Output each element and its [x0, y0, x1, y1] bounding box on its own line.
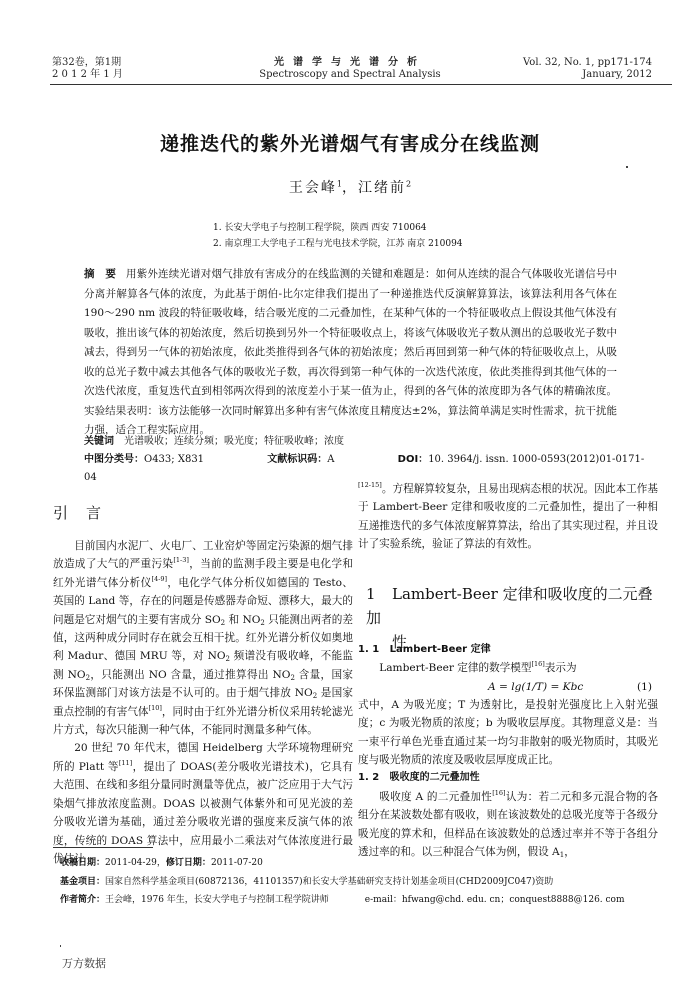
scan-speck — [626, 166, 628, 168]
citation[interactable]: [12-15] — [358, 481, 382, 489]
keywords-row: 关键词光谱吸收；连续分频；吸光度；特征吸收峰；浓度 — [84, 433, 700, 451]
citation[interactable]: [4-9] — [152, 575, 168, 583]
author-affiliation-mark: 2 — [406, 179, 411, 188]
doc-code-value: A — [327, 454, 334, 465]
citation[interactable]: [10] — [149, 704, 162, 712]
footnote-dates: 收稿日期：2011-04-29，修订日期：2011-07-20 — [60, 854, 625, 873]
intro-paragraph-2: 20 世纪 70 年代末，德国 Heidelberg 大学环境物理研究所的 Pl… — [53, 739, 353, 868]
abstract-label: 摘 要 — [84, 268, 116, 280]
additivity-paragraph: 吸收度 A 的二元叠加性[16]认为：若二元和多元混合物的各组分在某波数处都有吸… — [358, 788, 658, 862]
keywords-label: 关键词 — [84, 436, 114, 447]
footnote-author-bio: 作者简介：王会峰，1976 年生，长安大学电子与控制工程学院讲师e-mail：h… — [60, 891, 625, 910]
header-date-en: January, 2012 — [523, 69, 652, 81]
abstract-text: 用紫外连续光谱对烟气排放有害成分的在线监测的关键和难题是：如何从连续的混合气体吸… — [84, 268, 617, 436]
intro-paragraph-2-cont: [12-15]。方程解算较复杂，且易出现病态根的状况。因此本工作基于 Lambe… — [358, 480, 658, 554]
paper-title: 递推迭代的紫外光谱烟气有害成分在线监测 — [0, 129, 700, 156]
header-citation: Vol. 32, No. 1, pp171-174 January, 2012 — [523, 57, 652, 81]
abstract: 摘 要用紫外连续光谱对烟气排放有害成分的在线监测的关键和难题是：如何从连续的混合… — [84, 265, 617, 441]
header-divider — [50, 84, 672, 85]
section-number: 1 — [366, 582, 392, 606]
intro-paragraph-1: 目前国内水泥厂、火电厂、工业窑炉等固定污染源的烟气排放造成了大气的严重污染[1-… — [53, 537, 353, 739]
affiliation-item: 2. 南京理工大学电子工程与光电技术学院，江苏 南京 210094 — [213, 236, 463, 252]
equation-expression: A = lg(1/T) = Kbc — [488, 678, 583, 696]
lambert-beer-explanation: 式中，A 为吸光度；T 为透射比，是投射光强度比上入射光强度；c 为吸光物质的浓… — [358, 696, 658, 770]
clc-value: O433; X831 — [144, 454, 204, 465]
citation[interactable]: [1-3] — [173, 556, 189, 564]
keywords-block: 关键词光谱吸收；连续分频；吸光度；特征吸收峰；浓度 中图分类号：O433; X8… — [84, 433, 700, 487]
author-name: 江绪前 — [358, 180, 406, 196]
section-1-body: 1. 1 Lambert-Beer 定律 Lambert-Beer 定律的数学模… — [358, 641, 658, 861]
affiliations: 1. 长安大学电子与控制工程学院，陕西 西安 710064 2. 南京理工大学电… — [213, 220, 463, 252]
equation-1: A = lg(1/T) = Kbc (1) — [358, 678, 658, 696]
footnote-divider — [53, 847, 153, 848]
author-name: 王会峰 — [289, 180, 337, 196]
affiliation-item: 1. 长安大学电子与控制工程学院，陕西 西安 710064 — [213, 220, 463, 236]
citation[interactable]: [16] — [492, 789, 505, 797]
section-title: Lambert-Beer 定律和吸收度的二元叠加 — [366, 585, 653, 627]
subsection-heading-1-2: 1. 2 吸收度的二元叠加性 — [358, 769, 658, 787]
equation-number: (1) — [637, 678, 652, 696]
author-separator: ， — [342, 180, 358, 196]
scan-speck — [60, 945, 61, 947]
lambert-beer-intro: Lambert-Beer 定律的数学模型[16]表示为 — [358, 659, 658, 677]
author-email[interactable]: e-mail：hfwang@chd. edu. cn；conquest8888@… — [365, 895, 625, 905]
citation[interactable]: [16] — [531, 660, 544, 668]
author-list: 王会峰1，江绪前2 — [0, 177, 700, 197]
header-vol-pages: Vol. 32, No. 1, pp171-174 — [523, 57, 652, 69]
subsection-heading-1-1: 1. 1 Lambert-Beer 定律 — [358, 641, 658, 659]
footnotes: 收稿日期：2011-04-29，修订日期：2011-07-20 基金项目：国家自… — [60, 854, 625, 910]
citation[interactable]: [11] — [119, 759, 132, 767]
watermark: 万方数据 — [62, 955, 106, 971]
doi-label: DOI： — [398, 454, 429, 465]
intro-column: 目前国内水泥厂、火电厂、工业窑炉等固定污染源的烟气排放造成了大气的严重污染[1-… — [53, 537, 353, 868]
doc-code-label: 文献标识码： — [267, 454, 327, 465]
section-heading-introduction: 引言 — [53, 502, 119, 523]
footnote-funding: 基金项目：国家自然科学基金项目(60872136，41101357)和长安大学基… — [60, 873, 625, 892]
intro-continued: [12-15]。方程解算较复杂，且易出现病态根的状况。因此本工作基于 Lambe… — [358, 480, 658, 554]
clc-label: 中图分类号： — [84, 454, 144, 465]
keywords-text: 光谱吸收；连续分频；吸光度；特征吸收峰；浓度 — [124, 436, 344, 447]
